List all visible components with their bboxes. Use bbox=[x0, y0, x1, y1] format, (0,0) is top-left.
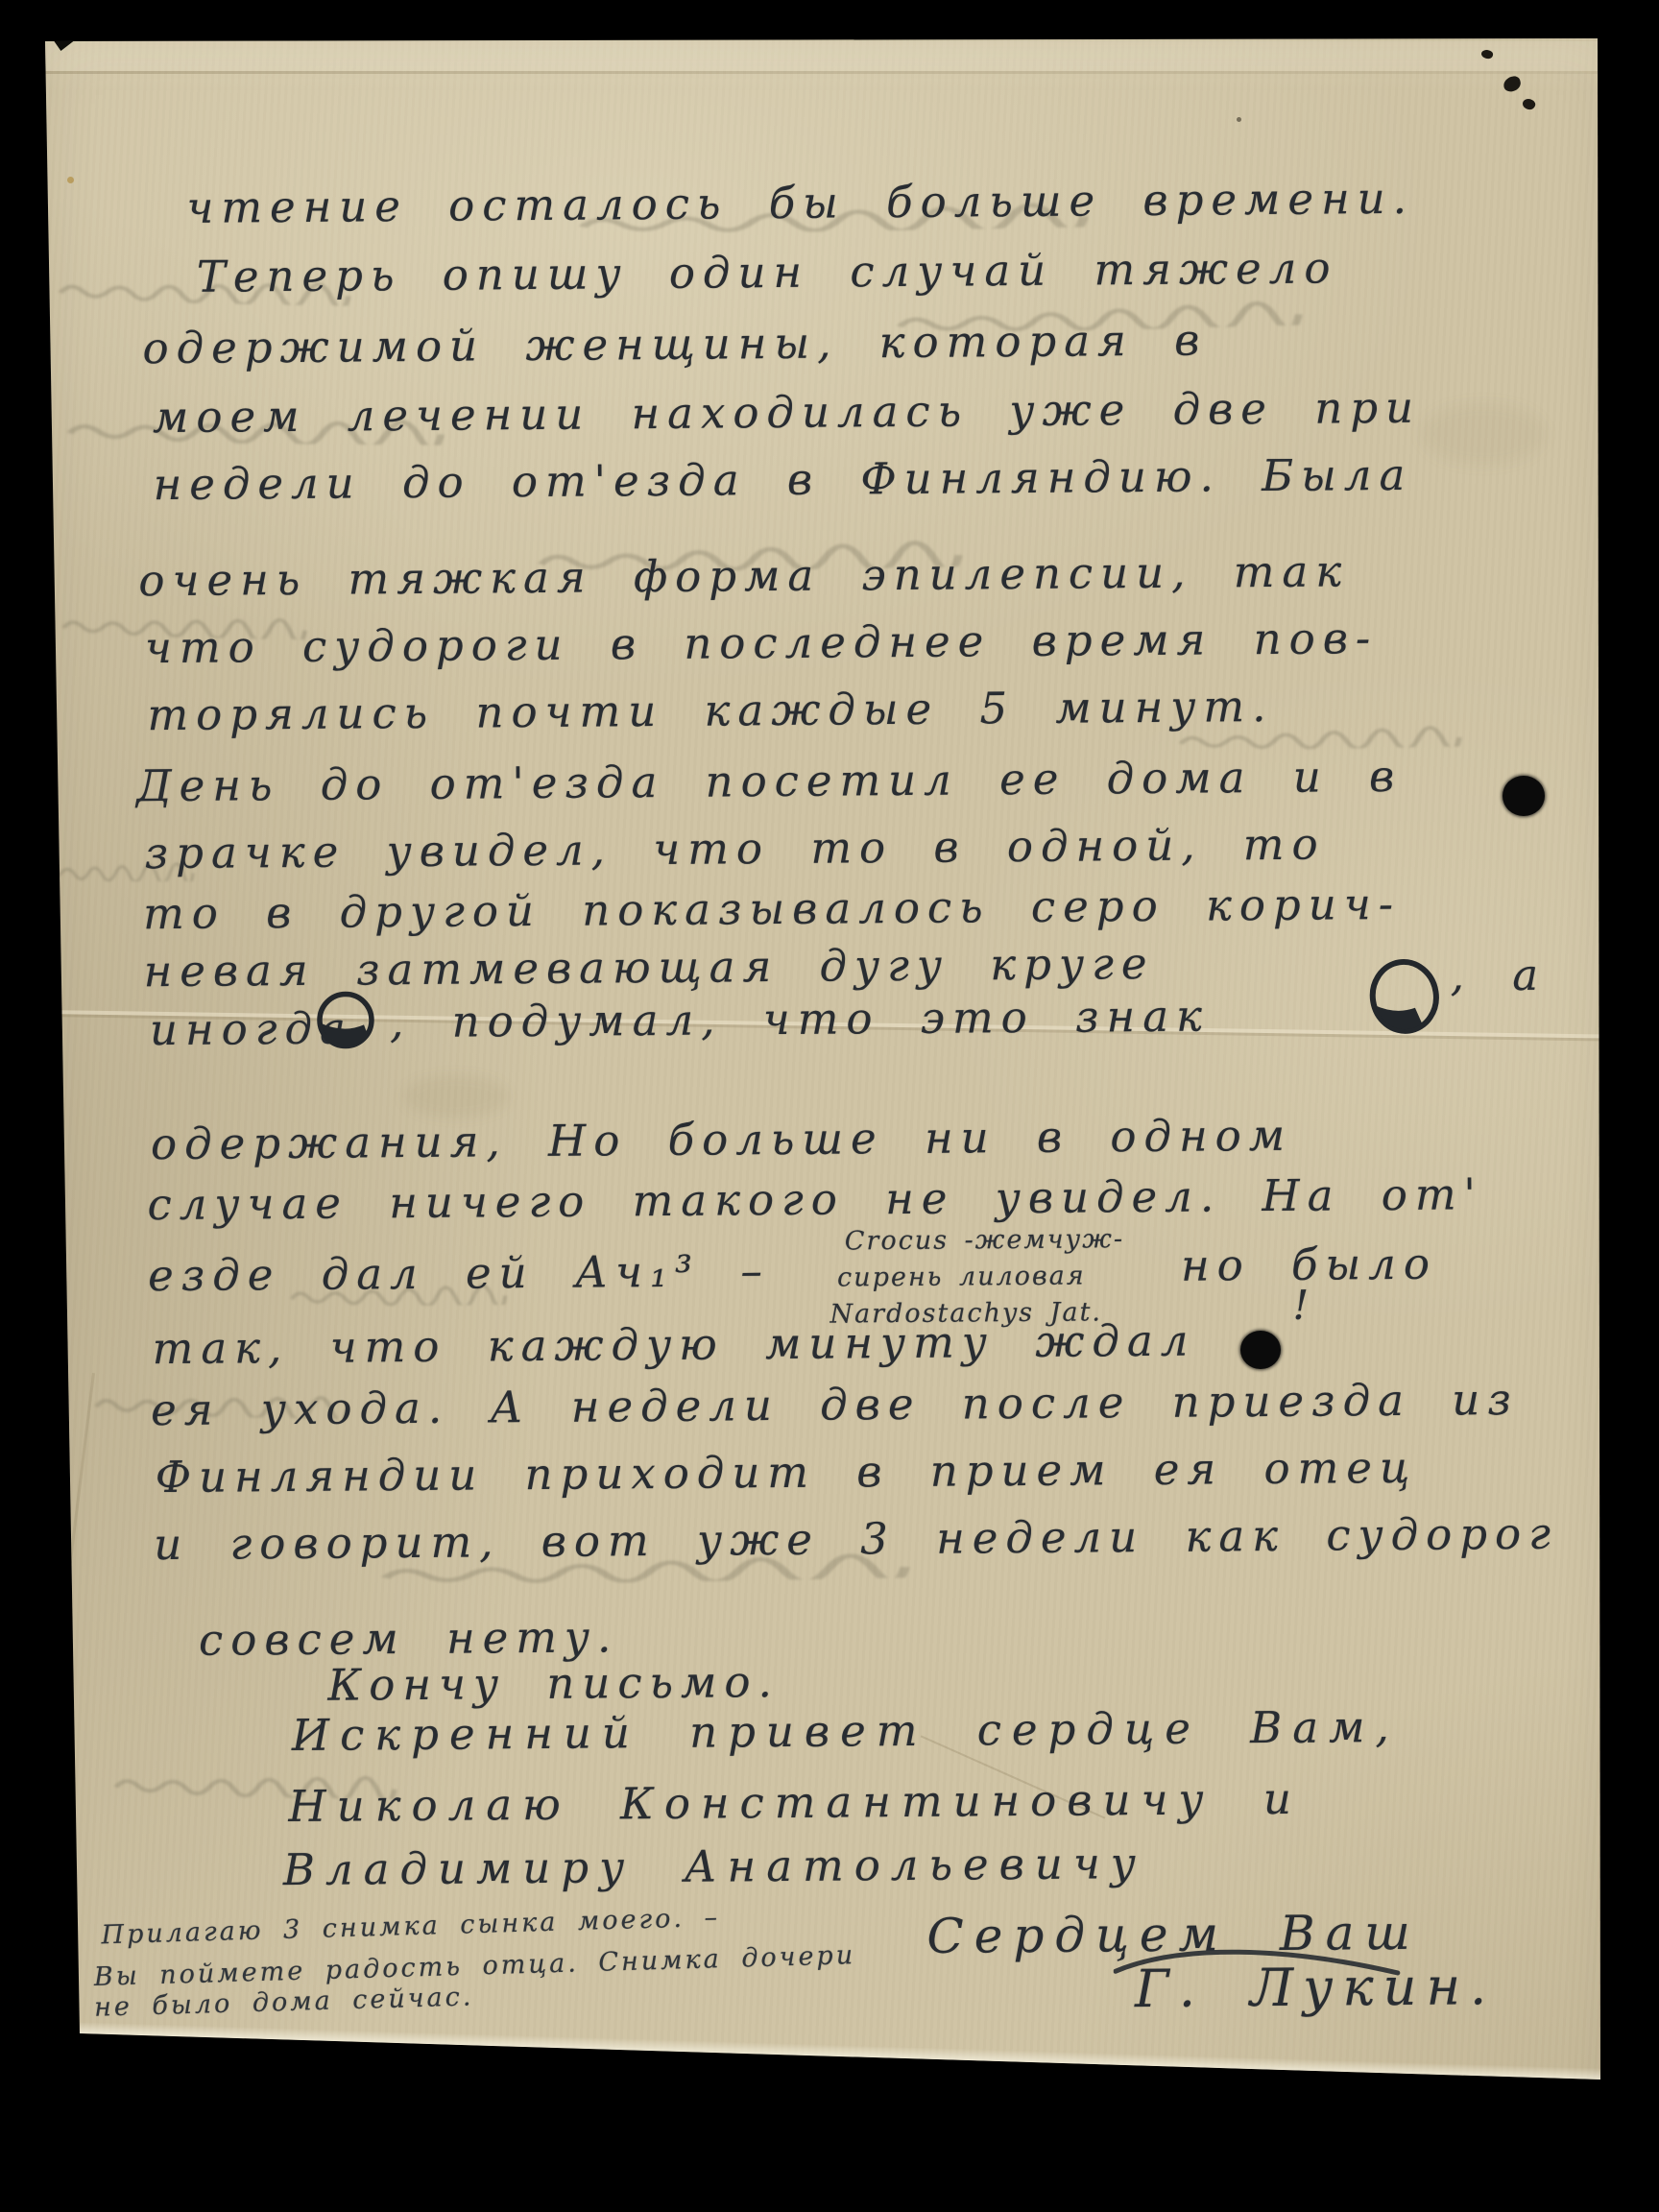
letter-line: Теперь опишу один случай тяжело bbox=[197, 243, 1338, 301]
letter-line: что судороги в последнее время пов- bbox=[145, 613, 1379, 673]
letter-line: , подумал, что это знак bbox=[390, 991, 1210, 1046]
letter-line: моем лечении находилась уже две при bbox=[153, 383, 1421, 443]
pupil-diagram-left-icon bbox=[315, 990, 377, 1052]
letter-line: одержания, Но больше ни в одном bbox=[151, 1111, 1292, 1169]
letter-line: зрачке увидел, что то в одной, то bbox=[144, 820, 1325, 878]
postscript-line: Вы поймете радость отца. Снимка дочери bbox=[93, 1940, 855, 1992]
letter-line: День до от'езда посетил ее дома и в bbox=[136, 752, 1403, 811]
margin-note-line: сирень лиловая bbox=[837, 1262, 1086, 1293]
letter-line: и говорит, вот уже 3 недели как судорог bbox=[154, 1509, 1558, 1570]
letter-line: чтение осталось бы больше времени. bbox=[186, 174, 1414, 233]
letter-line: , а bbox=[1450, 950, 1546, 1001]
margin-note-line: Crocus -жемчуж- bbox=[845, 1224, 1124, 1256]
letter-line: случае ничего такого не увидел. На от' bbox=[147, 1169, 1483, 1230]
letter-line: Финляндии приходит в прием ея отец bbox=[156, 1443, 1418, 1503]
pupil-diagram-right-icon bbox=[1367, 957, 1443, 1037]
scan-background: чтение осталось бы больше времени. Тепер… bbox=[0, 0, 1659, 2212]
closing-line: Кончу письмо. bbox=[327, 1657, 780, 1710]
letter-line: то в другой показывалось серо корич- bbox=[143, 879, 1401, 939]
closing-line: Владимиру Анатольевичу bbox=[283, 1839, 1146, 1895]
punch-hole bbox=[1240, 1331, 1281, 1369]
closing-line: Искренний привет сердце Вам, bbox=[292, 1702, 1400, 1761]
letter-line: недели до от'езда в Финляндию. Была bbox=[153, 450, 1412, 510]
postscript-line: Прилагаю 3 снимка сынка моего. – bbox=[101, 1903, 720, 1951]
letter-body: чтение осталось бы больше времени. Тепер… bbox=[0, 0, 1659, 2212]
closing-line: Николаю Константиновичу и bbox=[288, 1774, 1302, 1832]
letter-line: ея ухода. А недели две после приезда из bbox=[151, 1375, 1519, 1435]
letter-page: чтение осталось бы больше времени. Тепер… bbox=[0, 0, 1659, 2212]
letter-line: одержимой женщины, которая в bbox=[142, 315, 1207, 373]
margin-note-line: Nardostachys Jat. bbox=[829, 1297, 1102, 1329]
punch-hole bbox=[1503, 776, 1545, 816]
letter-line: невая затмевающая дугу круге bbox=[143, 939, 1154, 997]
letter-line: езде дал ей Ач₁³ – bbox=[148, 1246, 770, 1301]
signature-flourish bbox=[1114, 1940, 1402, 1984]
margin-note-mark: ! bbox=[1292, 1283, 1316, 1329]
letter-line: торялись почти каждые 5 минут. bbox=[147, 682, 1273, 740]
letter-line: очень тяжкая форма эпилепсии, так bbox=[138, 546, 1349, 606]
